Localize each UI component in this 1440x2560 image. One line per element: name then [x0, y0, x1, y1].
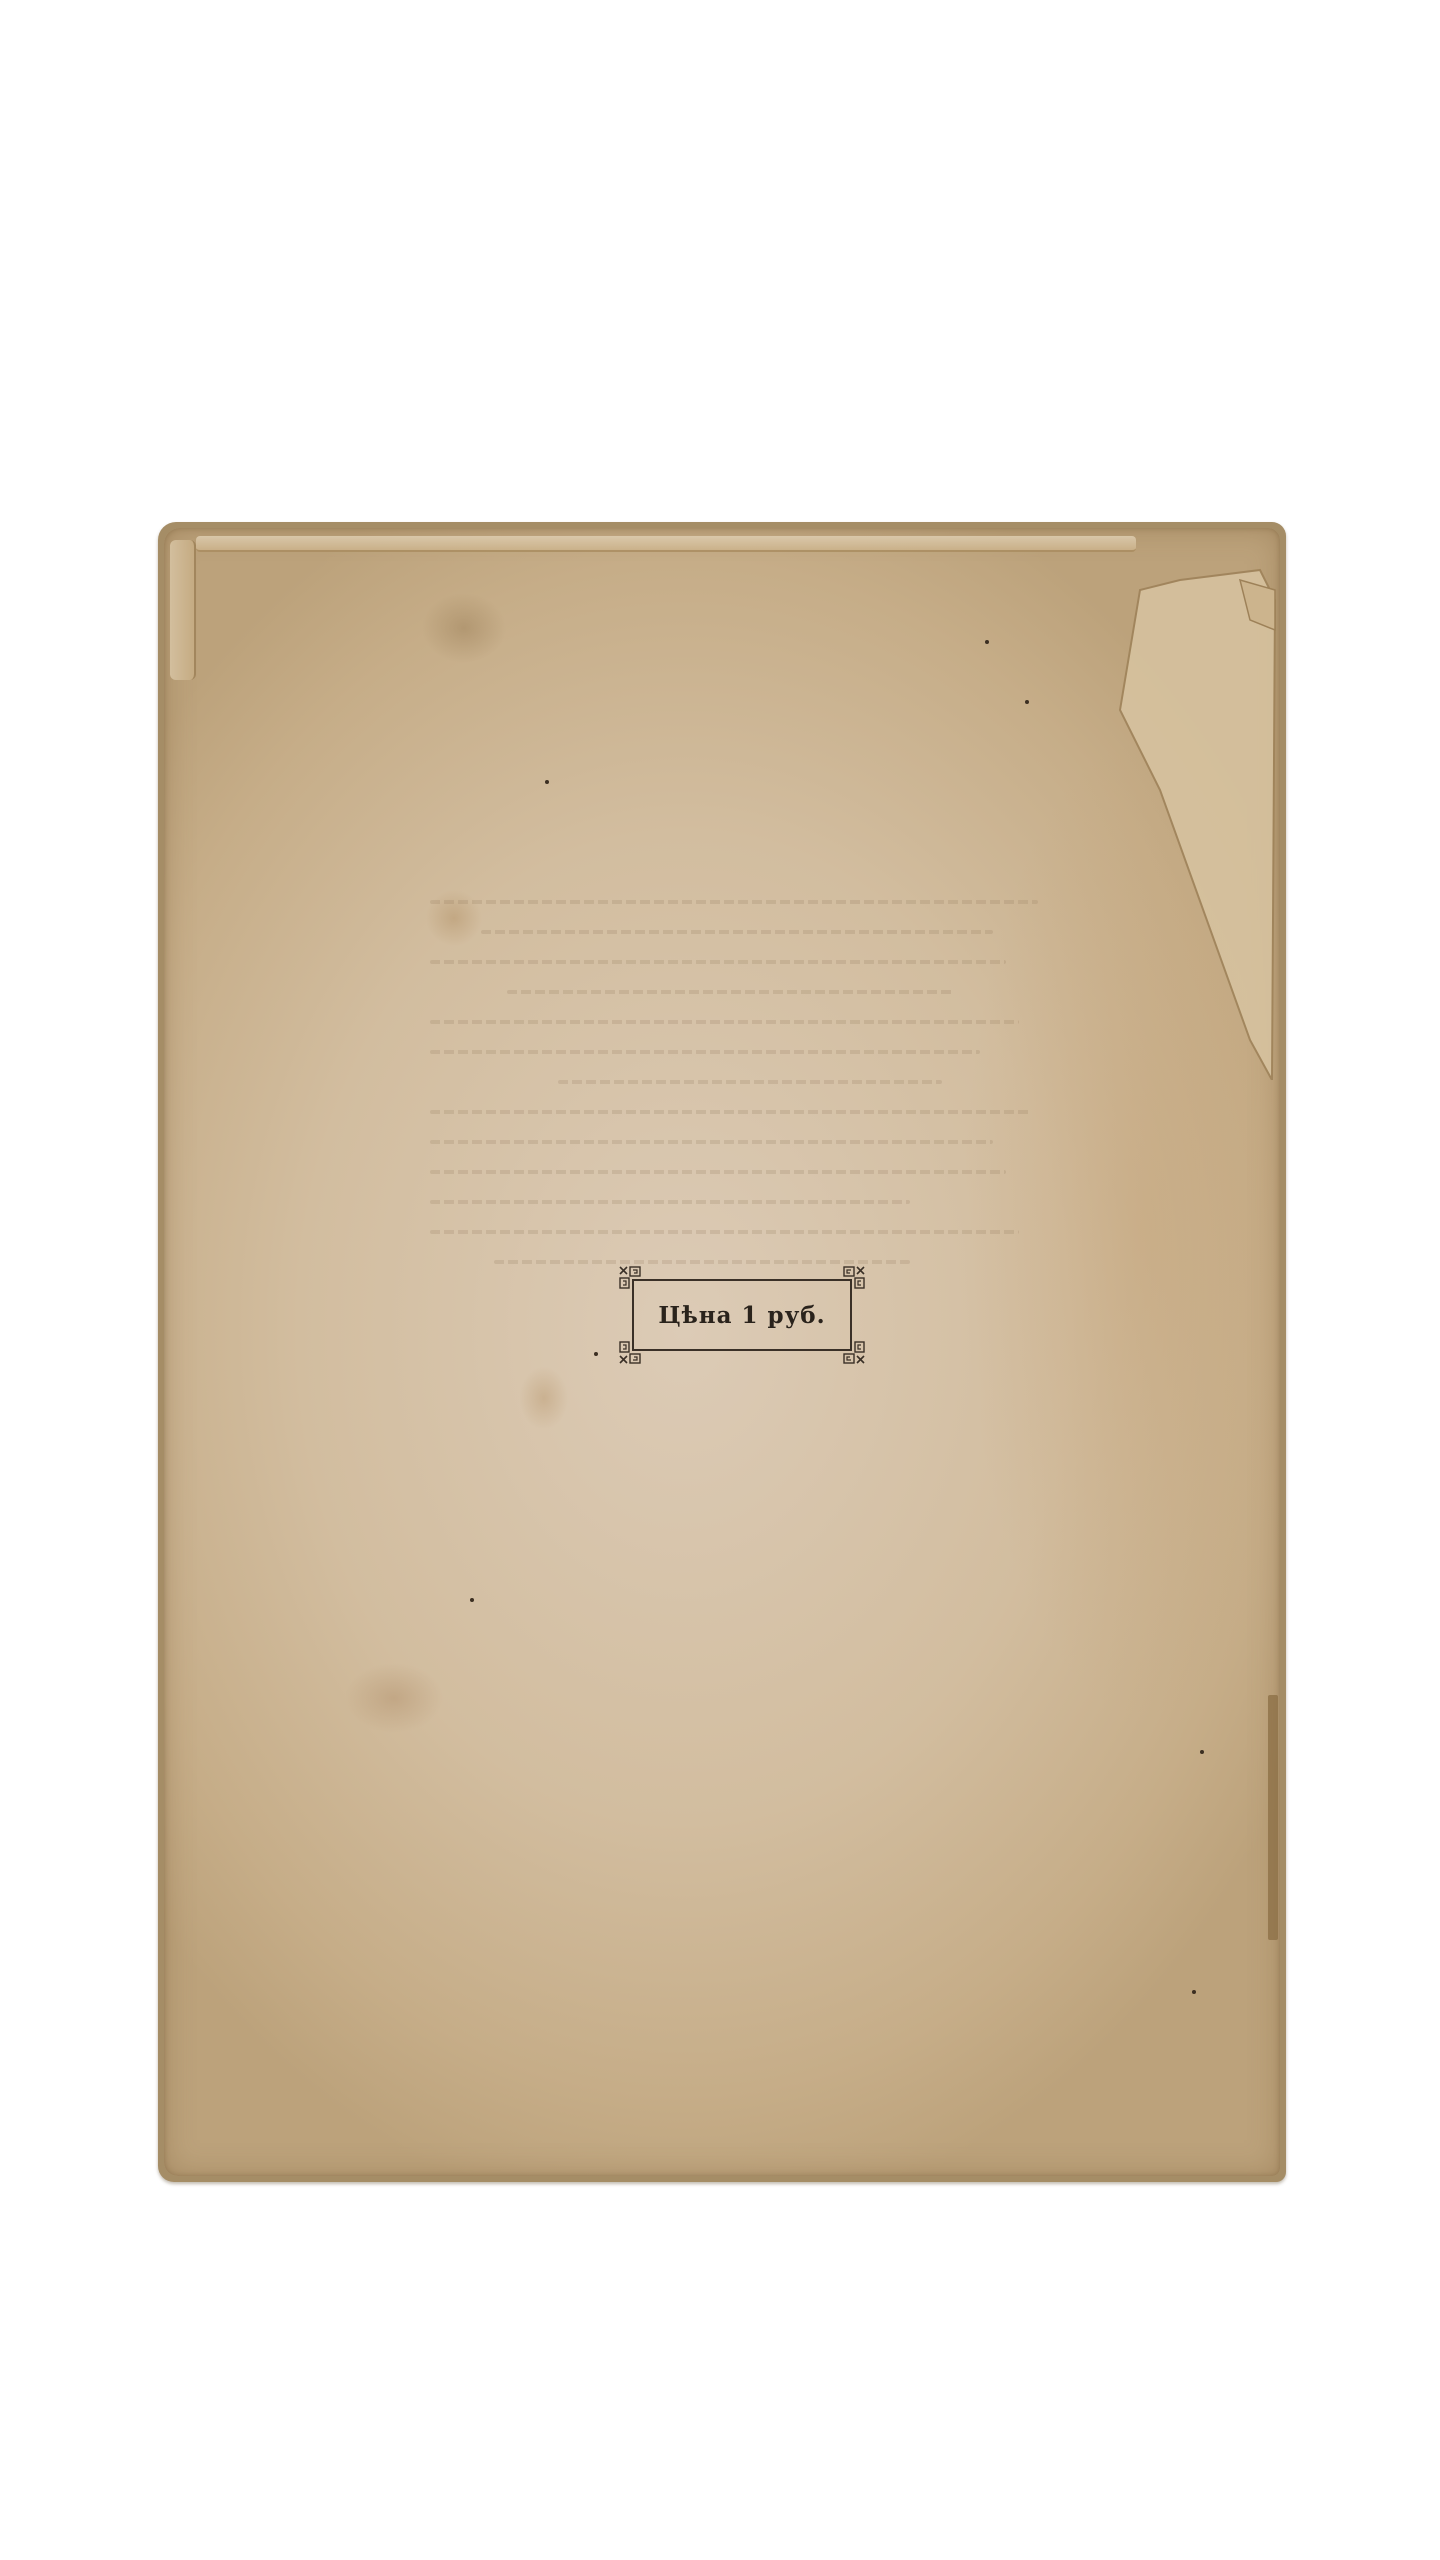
torn-right-edge — [1268, 1695, 1278, 1940]
torn-corner-flap — [1100, 560, 1280, 1080]
torn-left-edge — [170, 540, 196, 680]
show-through-text-texture — [430, 900, 1070, 1580]
scene-background: Цѣна 1 руб. — [0, 0, 1440, 2560]
price-frame: Цѣна 1 руб. — [632, 1279, 852, 1351]
price-text: Цѣна 1 руб. — [658, 1302, 825, 1329]
torn-top-edge — [196, 536, 1136, 552]
price-label: Цѣна 1 руб. — [618, 1265, 866, 1365]
